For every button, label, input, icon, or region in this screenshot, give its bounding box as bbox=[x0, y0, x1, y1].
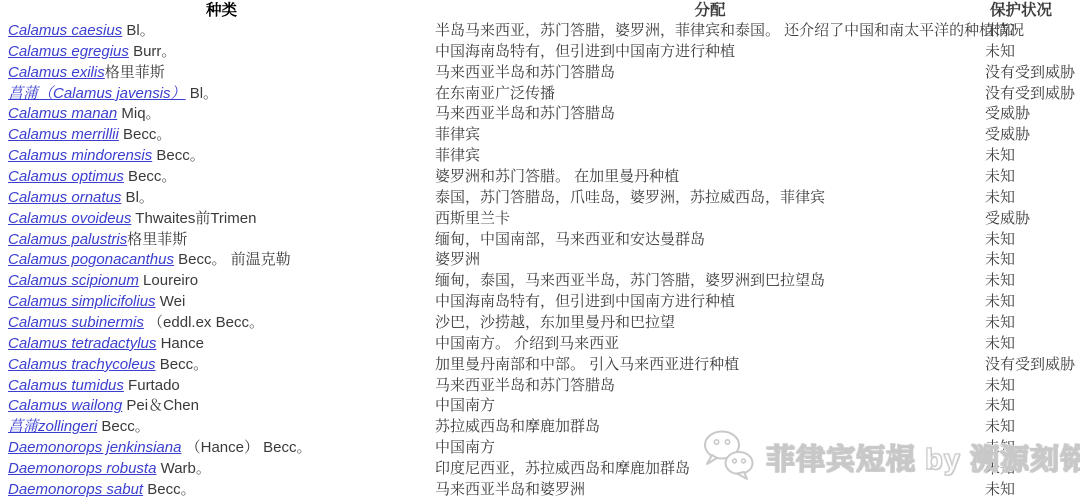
distribution-cell: 加里曼丹南部和中部。 引入马来西亚进行种植 bbox=[435, 355, 985, 376]
header-distribution: 分配 bbox=[435, 0, 985, 21]
status-cell: 没有受到威胁 bbox=[985, 63, 1080, 84]
species-cell: Calamus pogonacanthus Becc。 前温克勒 bbox=[8, 250, 435, 271]
species-authority: Bl。 bbox=[121, 189, 154, 206]
species-link[interactable]: Calamus trachycoleus bbox=[8, 356, 156, 373]
species-link[interactable]: Calamus manan bbox=[8, 105, 117, 122]
species-authority: Bl。 bbox=[186, 85, 219, 102]
species-link[interactable]: Calamus wailong bbox=[8, 397, 122, 414]
distribution-cell: 中国南方。 介绍到马来西亚 bbox=[435, 334, 985, 355]
species-link[interactable]: Calamus caesius bbox=[8, 22, 122, 39]
status-cell: 未知 bbox=[985, 313, 1080, 334]
distribution-cell: 马来西亚半岛和苏门答腊岛 bbox=[435, 104, 985, 125]
species-link[interactable]: Daemonorops sabut bbox=[8, 481, 143, 498]
distribution-cell: 西斯里兰卡 bbox=[435, 209, 985, 230]
distribution-cell: 缅甸，中国南部，马来西亚和安达曼群岛 bbox=[435, 230, 985, 251]
table-row: Calamus egregius Burr。 中国海南岛特有，但引进到中国南方进… bbox=[0, 42, 1080, 63]
species-cell: Calamus exilis格里菲斯 bbox=[8, 63, 435, 84]
species-cell: Calamus merrillii Becc。 bbox=[8, 125, 435, 146]
species-link[interactable]: Calamus mindorensis bbox=[8, 147, 152, 164]
species-cell: Calamus optimus Becc。 bbox=[8, 167, 435, 188]
species-link[interactable]: Daemonorops robusta bbox=[8, 460, 156, 477]
table-row: Calamus scipionum Loureiro 缅甸，泰国，马来西亚半岛，… bbox=[0, 271, 1080, 292]
header-species: 种类 bbox=[8, 0, 435, 21]
species-authority: Warb。 bbox=[156, 460, 210, 477]
table-header: 种类 分配 保护状况 bbox=[0, 0, 1080, 21]
species-link[interactable]: 菖蒲（Calamus javensis） bbox=[8, 85, 186, 102]
species-authority: Becc。 bbox=[143, 481, 196, 498]
status-cell: 未知 bbox=[985, 376, 1080, 397]
species-cell: Calamus tetradactylus Hance bbox=[8, 334, 435, 355]
table-row: Daemonorops sabut Becc。 马来西亚半岛和婆罗洲 未知 bbox=[0, 480, 1080, 501]
table-row: Calamus caesius Bl。 半岛马来西亚，苏门答腊，婆罗洲，菲律宾和… bbox=[0, 21, 1080, 42]
status-cell: 未知 bbox=[985, 459, 1080, 480]
status-cell: 未知 bbox=[985, 438, 1080, 459]
species-cell: 菖蒲zollingeri Becc。 bbox=[8, 417, 435, 438]
status-cell: 受威胁 bbox=[985, 125, 1080, 146]
status-cell: 未知 bbox=[985, 417, 1080, 438]
status-cell: 未知 bbox=[985, 334, 1080, 355]
species-cell: Calamus wailong Pei＆Chen bbox=[8, 396, 435, 417]
species-authority: Miq。 bbox=[117, 105, 160, 122]
distribution-cell: 菲律宾 bbox=[435, 146, 985, 167]
species-authority: Thwaites前Trimen bbox=[131, 210, 256, 227]
distribution-cell: 婆罗洲和苏门答腊。 在加里曼丹种植 bbox=[435, 167, 985, 188]
species-authority: Loureiro bbox=[139, 272, 198, 289]
species-authority: （Hance） Becc。 bbox=[181, 439, 311, 456]
distribution-cell: 在东南亚广泛传播 bbox=[435, 84, 985, 105]
species-cell: Calamus scipionum Loureiro bbox=[8, 271, 435, 292]
table-row: Calamus simplicifolius Wei 中国海南岛特有，但引进到中… bbox=[0, 292, 1080, 313]
species-link[interactable]: Calamus optimus bbox=[8, 168, 124, 185]
species-cell: 菖蒲（Calamus javensis） Bl。 bbox=[8, 84, 435, 105]
species-cell: Calamus mindorensis Becc。 bbox=[8, 146, 435, 167]
species-link[interactable]: 菖蒲zollingeri bbox=[8, 418, 97, 435]
distribution-cell: 苏拉威西岛和摩鹿加群岛 bbox=[435, 417, 985, 438]
species-link[interactable]: Calamus palustris bbox=[8, 231, 127, 248]
table-row: Calamus wailong Pei＆Chen 中国南方 未知 bbox=[0, 396, 1080, 417]
species-cell: Calamus manan Miq。 bbox=[8, 104, 435, 125]
table-row: Calamus subinermis （eddl.ex Becc。 沙巴，沙捞越… bbox=[0, 313, 1080, 334]
distribution-cell: 马来西亚半岛和苏门答腊岛 bbox=[435, 376, 985, 397]
status-cell: 未知 bbox=[985, 42, 1080, 63]
species-cell: Daemonorops robusta Warb。 bbox=[8, 459, 435, 480]
status-cell: 未知 bbox=[985, 250, 1080, 271]
species-link[interactable]: Daemonorops jenkinsiana bbox=[8, 439, 181, 456]
species-authority: Becc。 bbox=[119, 126, 172, 143]
distribution-cell: 半岛马来西亚，苏门答腊，婆罗洲，菲律宾和泰国。 还介绍了中国和南太平洋的种植情况 bbox=[435, 21, 985, 42]
species-authority: Becc。 前温克勒 bbox=[174, 251, 291, 268]
table-row: Calamus tumidus Furtado 马来西亚半岛和苏门答腊岛 未知 bbox=[0, 376, 1080, 397]
species-link[interactable]: Calamus simplicifolius bbox=[8, 293, 156, 310]
table-row: Calamus optimus Becc。 婆罗洲和苏门答腊。 在加里曼丹种植 … bbox=[0, 167, 1080, 188]
status-cell: 没有受到威胁 bbox=[985, 84, 1080, 105]
distribution-cell: 菲律宾 bbox=[435, 125, 985, 146]
table-row: 菖蒲（Calamus javensis） Bl。 在东南亚广泛传播 没有受到威胁 bbox=[0, 84, 1080, 105]
status-cell: 未知 bbox=[985, 230, 1080, 251]
species-link[interactable]: Calamus pogonacanthus bbox=[8, 251, 174, 268]
species-authority: Pei＆Chen bbox=[122, 397, 199, 414]
distribution-cell: 沙巴，沙捞越，东加里曼丹和巴拉望 bbox=[435, 313, 985, 334]
distribution-cell: 马来西亚半岛和婆罗洲 bbox=[435, 480, 985, 501]
species-cell: Calamus ornatus Bl。 bbox=[8, 188, 435, 209]
status-cell: 受威胁 bbox=[985, 209, 1080, 230]
status-cell: 未知 bbox=[985, 480, 1080, 501]
table-row: Daemonorops jenkinsiana （Hance） Becc。 中国… bbox=[0, 438, 1080, 459]
species-cell: Calamus tumidus Furtado bbox=[8, 376, 435, 397]
species-authority: 格里菲斯 bbox=[105, 64, 165, 81]
table-row: Calamus exilis格里菲斯 马来西亚半岛和苏门答腊岛 没有受到威胁 bbox=[0, 63, 1080, 84]
species-link[interactable]: Calamus scipionum bbox=[8, 272, 139, 289]
table-body: Calamus caesius Bl。 半岛马来西亚，苏门答腊，婆罗洲，菲律宾和… bbox=[0, 21, 1080, 501]
distribution-cell: 中国海南岛特有，但引进到中国南方进行种植 bbox=[435, 42, 985, 63]
table-row: Calamus merrillii Becc。 菲律宾 受威胁 bbox=[0, 125, 1080, 146]
species-cell: Daemonorops sabut Becc。 bbox=[8, 480, 435, 501]
species-cell: Calamus egregius Burr。 bbox=[8, 42, 435, 63]
species-authority: Becc。 bbox=[152, 147, 205, 164]
species-link[interactable]: Calamus ornatus bbox=[8, 189, 121, 206]
species-authority: Bl。 bbox=[122, 22, 155, 39]
table-row: Calamus ornatus Bl。 泰国，苏门答腊岛，爪哇岛，婆罗洲，苏拉威… bbox=[0, 188, 1080, 209]
species-link[interactable]: Calamus merrillii bbox=[8, 126, 119, 143]
species-authority: Becc。 bbox=[124, 168, 177, 185]
distribution-cell: 中国南方 bbox=[435, 438, 985, 459]
table-row: Calamus pogonacanthus Becc。 前温克勒 婆罗洲 未知 bbox=[0, 250, 1080, 271]
species-cell: Daemonorops jenkinsiana （Hance） Becc。 bbox=[8, 438, 435, 459]
status-cell: 受威胁 bbox=[985, 104, 1080, 125]
species-link[interactable]: Calamus tumidus bbox=[8, 377, 124, 394]
species-authority: Furtado bbox=[124, 377, 180, 394]
distribution-cell: 中国南方 bbox=[435, 396, 985, 417]
table-row: Calamus palustris格里菲斯 缅甸，中国南部，马来西亚和安达曼群岛… bbox=[0, 230, 1080, 251]
distribution-cell: 马来西亚半岛和苏门答腊岛 bbox=[435, 63, 985, 84]
species-authority: （eddl.ex Becc。 bbox=[144, 314, 264, 331]
table-row: Calamus manan Miq。 马来西亚半岛和苏门答腊岛 受威胁 bbox=[0, 104, 1080, 125]
status-cell: 未知 bbox=[985, 188, 1080, 209]
species-cell: Calamus trachycoleus Becc。 bbox=[8, 355, 435, 376]
table-row: Calamus mindorensis Becc。 菲律宾 未知 bbox=[0, 146, 1080, 167]
table-row: Calamus ovoideus Thwaites前Trimen 西斯里兰卡 受… bbox=[0, 209, 1080, 230]
header-status: 保护状况 bbox=[985, 0, 1080, 21]
species-cell: Calamus caesius Bl。 bbox=[8, 21, 435, 42]
table-row: Calamus trachycoleus Becc。 加里曼丹南部和中部。 引入… bbox=[0, 355, 1080, 376]
species-link[interactable]: Calamus ovoideus bbox=[8, 210, 131, 227]
species-authority: Burr。 bbox=[129, 43, 177, 60]
distribution-cell: 缅甸，泰国，马来西亚半岛，苏门答腊，婆罗洲到巴拉望岛 bbox=[435, 271, 985, 292]
species-authority: Wei bbox=[156, 293, 186, 310]
species-authority: Hance bbox=[156, 335, 204, 352]
distribution-cell: 中国海南岛特有，但引进到中国南方进行种植 bbox=[435, 292, 985, 313]
species-table-page: 种类 分配 保护状况 Calamus caesius Bl。 半岛马来西亚，苏门… bbox=[0, 0, 1080, 502]
species-link[interactable]: Calamus egregius bbox=[8, 43, 129, 60]
species-cell: Calamus palustris格里菲斯 bbox=[8, 230, 435, 251]
species-authority: Becc。 bbox=[156, 356, 209, 373]
species-link[interactable]: Calamus subinermis bbox=[8, 314, 144, 331]
species-cell: Calamus simplicifolius Wei bbox=[8, 292, 435, 313]
status-cell: 未知 bbox=[985, 396, 1080, 417]
status-cell: 没有受到威胁 bbox=[985, 355, 1080, 376]
status-cell: 未知 bbox=[985, 167, 1080, 188]
table-row: Calamus tetradactylus Hance 中国南方。 介绍到马来西… bbox=[0, 334, 1080, 355]
table-row: Daemonorops robusta Warb。 印度尼西亚，苏拉威西岛和摩鹿… bbox=[0, 459, 1080, 480]
species-authority: Becc。 bbox=[97, 418, 150, 435]
status-cell: 未知 bbox=[985, 21, 1080, 42]
species-link[interactable]: Calamus tetradactylus bbox=[8, 335, 156, 352]
species-link[interactable]: Calamus exilis bbox=[8, 64, 105, 81]
status-cell: 未知 bbox=[985, 146, 1080, 167]
status-cell: 未知 bbox=[985, 271, 1080, 292]
distribution-cell: 印度尼西亚，苏拉威西岛和摩鹿加群岛 bbox=[435, 459, 985, 480]
distribution-cell: 泰国，苏门答腊岛，爪哇岛，婆罗洲，苏拉威西岛，菲律宾 bbox=[435, 188, 985, 209]
species-cell: Calamus ovoideus Thwaites前Trimen bbox=[8, 209, 435, 230]
species-cell: Calamus subinermis （eddl.ex Becc。 bbox=[8, 313, 435, 334]
species-authority: 格里菲斯 bbox=[127, 231, 187, 248]
status-cell: 未知 bbox=[985, 292, 1080, 313]
distribution-cell: 婆罗洲 bbox=[435, 250, 985, 271]
table-row: 菖蒲zollingeri Becc。 苏拉威西岛和摩鹿加群岛 未知 bbox=[0, 417, 1080, 438]
